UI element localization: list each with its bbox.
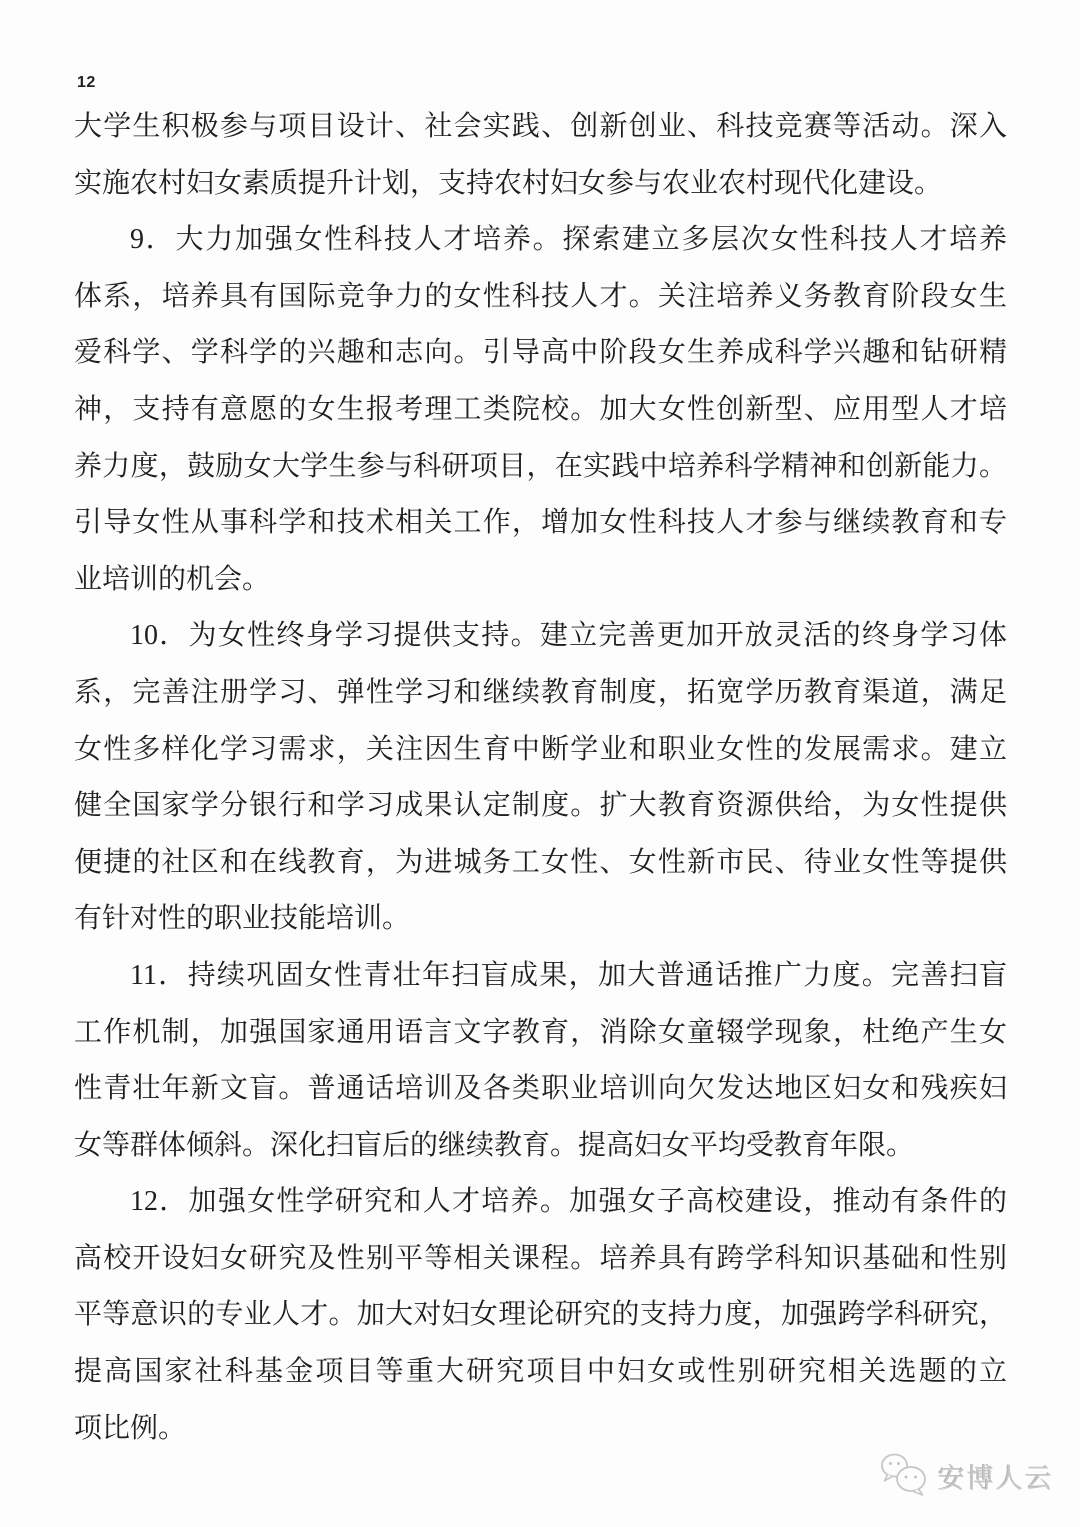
text-line: 便捷的社区和在线教育，为进城务工女性、女性新市民、待业女性等提供 <box>74 835 1007 892</box>
text-line: 高校开设妇女研究及性别平等相关课程。培养具有跨学科知识基础和性别 <box>74 1231 1007 1288</box>
document-body: 大学生积极参与项目设计、社会实践、创新创业、科技竞赛等活动。深入实施农村妇女素质… <box>74 99 1007 1457</box>
watermark: 安博人云 <box>879 1452 1054 1500</box>
text-line: 业培训的机会。 <box>74 552 1007 609</box>
paragraph: 11．持续巩固女性青壮年扫盲成果，加大普通话推广力度。完善扫盲工作机制，加强国家… <box>74 948 1007 1174</box>
paragraph: 10．为女性终身学习提供支持。建立完善更加开放灵活的终身学习体系，完善注册学习、… <box>74 608 1007 948</box>
text-line: 9．大力加强女性科技人才培养。探索建立多层次女性科技人才培养 <box>74 212 1007 269</box>
text-line: 爱科学、学科学的兴趣和志向。引导高中阶段女生养成科学兴趣和钻研精 <box>74 325 1007 382</box>
text-line: 神，支持有意愿的女生报考理工类院校。加大女性创新型、应用型人才培 <box>74 382 1007 439</box>
text-line: 有针对性的职业技能培训。 <box>74 891 1007 948</box>
text-line: 大学生积极参与项目设计、社会实践、创新创业、科技竞赛等活动。深入 <box>74 99 1007 156</box>
text-line: 女性多样化学习需求，关注因生育中断学业和职业女性的发展需求。建立 <box>74 722 1007 779</box>
paragraph: 9．大力加强女性科技人才培养。探索建立多层次女性科技人才培养体系，培养具有国际竞… <box>74 212 1007 608</box>
text-line: 项比例。 <box>74 1401 1007 1458</box>
paragraph: 大学生积极参与项目设计、社会实践、创新创业、科技竞赛等活动。深入实施农村妇女素质… <box>74 99 1007 212</box>
text-line: 体系，培养具有国际竞争力的女性科技人才。关注培养义务教育阶段女生 <box>74 269 1007 326</box>
text-line: 10．为女性终身学习提供支持。建立完善更加开放灵活的终身学习体 <box>74 608 1007 665</box>
text-line: 健全国家学分银行和学习成果认定制度。扩大教育资源供给，为女性提供 <box>74 778 1007 835</box>
text-line: 引导女性从事科学和技术相关工作，增加女性科技人才参与继续教育和专 <box>74 495 1007 552</box>
watermark-label: 安博人云 <box>938 1457 1054 1496</box>
text-line: 女等群体倾斜。深化扫盲后的继续教育。提高妇女平均受教育年限。 <box>74 1118 1007 1175</box>
page-number: 12 <box>77 74 96 92</box>
text-line: 工作机制，加强国家通用语言文字教育，消除女童辍学现象，杜绝产生女 <box>74 1005 1007 1062</box>
text-line: 性青壮年新文盲。普通话培训及各类职业培训向欠发达地区妇女和残疾妇 <box>74 1061 1007 1118</box>
paragraph: 12．加强女性学研究和人才培养。加强女子高校建设，推动有条件的高校开设妇女研究及… <box>74 1174 1007 1457</box>
text-line: 11．持续巩固女性青壮年扫盲成果，加大普通话推广力度。完善扫盲 <box>74 948 1007 1005</box>
text-line: 系，完善注册学习、弹性学习和继续教育制度，拓宽学历教育渠道，满足 <box>74 665 1007 722</box>
text-line: 养力度，鼓励女大学生参与科研项目，在实践中培养科学精神和创新能力。 <box>74 439 1007 496</box>
wechat-bubbles-icon <box>879 1452 929 1500</box>
document-page: 12 大学生积极参与项目设计、社会实践、创新创业、科技竞赛等活动。深入实施农村妇… <box>0 0 1080 1527</box>
text-line: 提高国家社科基金项目等重大研究项目中妇女或性别研究相关选题的立 <box>74 1344 1007 1401</box>
text-line: 平等意识的专业人才。加大对妇女理论研究的支持力度，加强跨学科研究， <box>74 1287 1007 1344</box>
text-line: 实施农村妇女素质提升计划，支持农村妇女参与农业农村现代化建设。 <box>74 156 1007 213</box>
text-line: 12．加强女性学研究和人才培养。加强女子高校建设，推动有条件的 <box>74 1174 1007 1231</box>
